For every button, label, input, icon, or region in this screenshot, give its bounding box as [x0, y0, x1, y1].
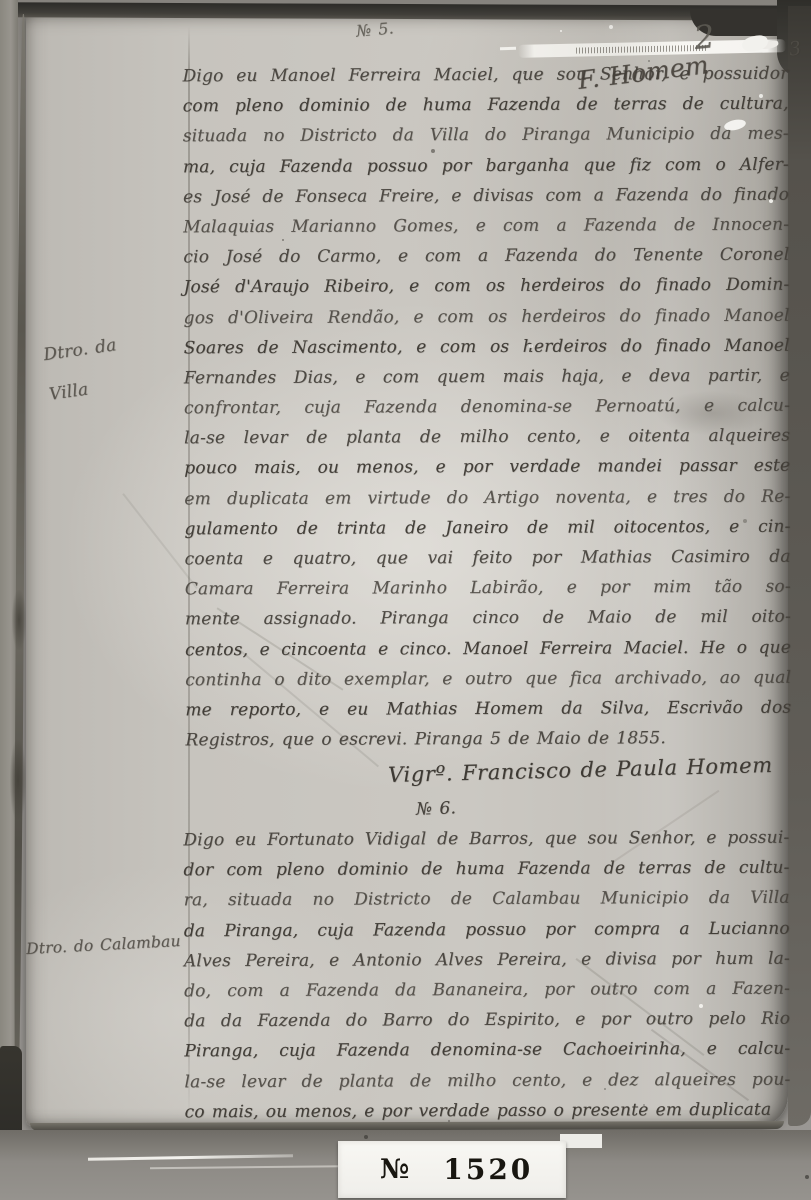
manuscript-line: Camara Ferreira Marinho Labirão, e por m…: [185, 572, 791, 605]
manuscript-line: es José de Fonseca Freire, e divisas com…: [183, 179, 789, 212]
manuscript-line: do, com a Fazenda da Bananeira, por outr…: [184, 974, 790, 1007]
page-right-edge: [788, 6, 811, 1126]
archive-label-tab: [560, 1134, 602, 1148]
manuscript-line: com pleno dominio de huma Fazenda de ter…: [183, 89, 789, 122]
entry-6-number-heading: № 6.: [416, 798, 457, 819]
manuscript-line: Soares de Nascimento, e com os herdeiros…: [184, 330, 790, 363]
manuscript-line: confrontar, cuja Fazenda denomina-se Per…: [184, 391, 790, 424]
manuscript-line: dor com pleno dominio de huma Fazenda de…: [183, 853, 789, 886]
manuscript-line: José d'Araujo Ribeiro, e com os herdeiro…: [183, 270, 789, 303]
manuscript-line: pouco mais, ou menos, e por verdade mand…: [184, 451, 790, 484]
manuscript-line: em duplicata em virtude do Artigo novent…: [184, 481, 790, 514]
binding-tear: [10, 740, 26, 820]
entry-5-number-heading: № 5.: [355, 18, 394, 40]
manuscript-line: centos, e cincoenta e cinco. Manoel Ferr…: [185, 632, 791, 665]
manuscript-line: Malaquias Marianno Gomes, e com a Fazend…: [183, 210, 789, 243]
manuscript-line: co mais, ou menos, e por verdade passo o…: [185, 1094, 791, 1127]
margin-note-district-villa: Dtro. da Villa: [41, 325, 125, 414]
manuscript-line: situada no Districto da Villa do Piranga…: [183, 119, 789, 152]
manuscript-line: da da Fazenda do Barro do Espirito, e po…: [184, 1004, 790, 1037]
manuscript-line: Registros, que o escrevi. Piranga 5 de M…: [185, 723, 791, 756]
archive-number: 1520: [443, 1153, 533, 1186]
manuscript-line: cio José do Carmo, e com a Fazenda do Te…: [183, 240, 789, 273]
register-entry-5: Digo eu Manoel Ferreira Maciel, que sou …: [182, 59, 791, 756]
manuscript-line: gos d'Oliveira Rendão, e com os herdeiro…: [184, 300, 790, 333]
manuscript-line: da Piranga, cuja Fazenda possuo por comp…: [184, 913, 790, 946]
manuscript-line: coenta e quatro, que vai feito por Mathi…: [185, 542, 791, 575]
archive-number-label: № 1520: [338, 1141, 566, 1198]
manuscript-line: ra, situada no Districto de Calambau Mun…: [184, 883, 790, 916]
manuscript-line: Digo eu Fortunato Vidigal de Barros, que…: [183, 823, 789, 856]
scanned-register-page: № 5. 2 3 F. Homem Digo eu Manoel Ferreir…: [0, 0, 811, 1200]
manuscript-line: gulamento de trinta de Janeiro de mil oi…: [184, 511, 790, 544]
paper-speckles: [0, 0, 2, 2]
manuscript-line: me reporto, e eu Mathias Homem da Silva,…: [185, 693, 791, 726]
manuscript-line: la-se levar de planta de milho cento, e …: [184, 1064, 790, 1097]
manuscript-line: mente assignado. Piranga cinco de Maio d…: [185, 602, 791, 635]
manuscript-line: Fernandes Dias, e com quem mais haja, e …: [184, 361, 790, 394]
manuscript-line: Alves Pereira, e Antonio Alves Pereira, …: [184, 943, 790, 976]
numero-sign: №: [380, 1154, 409, 1185]
manuscript-line: Digo eu Manoel Ferreira Maciel, que sou …: [182, 59, 788, 92]
manuscript-line: ma, cuja Fazenda possuo por barganha que…: [183, 149, 789, 182]
binding-tear: [12, 590, 26, 650]
stamp-dash: [500, 47, 516, 51]
manuscript-line: la-se levar de planta de milho cento, e …: [184, 421, 790, 454]
register-entry-6: Digo eu Fortunato Vidigal de Barros, que…: [183, 823, 790, 1128]
